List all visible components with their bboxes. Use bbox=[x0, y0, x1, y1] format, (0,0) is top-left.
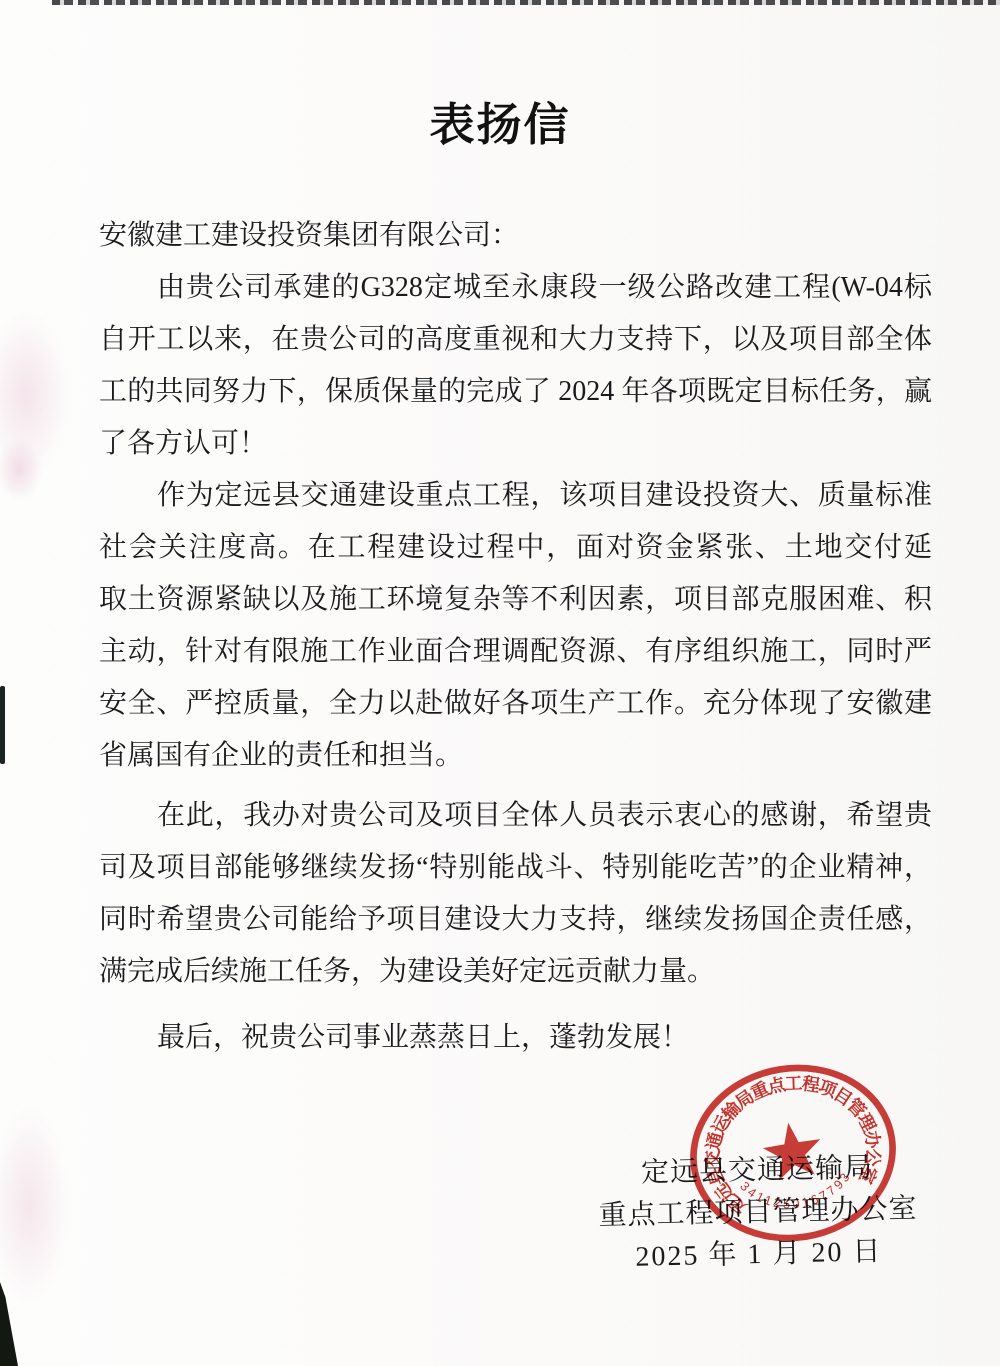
paragraph: 作为定远县交通建设重点工程，该项目建设投资大、质量标准严、 社会关注度高。在工程… bbox=[99, 470, 932, 782]
salutation: 安徽建工建设投资集团有限公司： bbox=[99, 210, 932, 262]
text-line: 最后，祝贵公司事业蒸蒸日上，蓬勃发展！ bbox=[99, 1012, 932, 1064]
letter-title: 表扬信 bbox=[0, 97, 1000, 153]
text-line: 取土资源紧缺以及施工环境复杂等不利因素，项目部克服困难、积极 bbox=[99, 574, 932, 626]
seal-code: 3411250167793 bbox=[736, 1162, 857, 1220]
text-line: 自开工以来，在贵公司的高度重视和大力支持下，以及项目部全体员 bbox=[99, 314, 932, 366]
letter-body: 安徽建工建设投资集团有限公司： 由贵公司承建的G328定城至永康段一级公路改建工… bbox=[99, 210, 932, 1064]
scanned-letter-page: 表扬信 安徽建工建设投资集团有限公司： 由贵公司承建的G328定城至永康段一级公… bbox=[0, 0, 1000, 1366]
text-line: 同时希望贵公司能给予项目建设大力支持，继续发扬国企责任感，圆 bbox=[99, 894, 932, 946]
seal-star-icon bbox=[760, 1118, 826, 1182]
text-line: 由贵公司承建的G328定城至永康段一级公路改建工程(W-04标段) bbox=[99, 262, 932, 314]
scan-smudge bbox=[0, 280, 86, 510]
text-line: 省属国有企业的责任和担当。 bbox=[99, 730, 932, 782]
scan-artifact-corner-mark bbox=[0, 1282, 18, 1366]
text-line: 社会关注度高。在工程建设过程中，面对资金紧张、土地交付延迟、 bbox=[99, 522, 932, 574]
svg-text:3411250167793: 3411250167793 bbox=[736, 1162, 857, 1220]
scan-smudge bbox=[0, 1070, 84, 1340]
paragraph: 在此，我办对贵公司及项目全体人员表示衷心的感谢，希望贵公 司及项目部能够继续发扬… bbox=[99, 790, 932, 998]
text-line: 了各方认可！ bbox=[99, 418, 932, 470]
text-line: 安全、严控质量，全力以赴做好各项生产工作。充分体现了安徽建工 bbox=[99, 678, 932, 730]
text-line: 满完成后续施工任务，为建设美好定远贡献力量。 bbox=[99, 946, 932, 998]
paragraph: 最后，祝贵公司事业蒸蒸日上，蓬勃发展！ bbox=[99, 1012, 932, 1064]
text-line: 工的共同努力下，保质保量的完成了 2024 年各项既定目标任务，赢得 bbox=[99, 366, 932, 418]
official-seal: 定远县交通运输局重点工程项目管理办公室 3411250167793 bbox=[675, 1047, 911, 1260]
scan-artifact-top-edge bbox=[52, 0, 1000, 5]
scan-artifact-left-mark bbox=[0, 686, 5, 764]
text-line: 作为定远县交通建设重点工程，该项目建设投资大、质量标准严、 bbox=[99, 470, 932, 522]
paragraph: 由贵公司承建的G328定城至永康段一级公路改建工程(W-04标段) 自开工以来，… bbox=[99, 262, 932, 470]
scan-smudge bbox=[0, 425, 52, 515]
text-line: 司及项目部能够继续发扬“特别能战斗、特别能吃苦”的企业精神， bbox=[99, 842, 932, 894]
text-line: 主动，针对有限施工作业面合理调配资源、有序组织施工，同时严抓 bbox=[99, 626, 932, 678]
text-line: 在此，我办对贵公司及项目全体人员表示衷心的感谢，希望贵公 bbox=[99, 790, 932, 842]
